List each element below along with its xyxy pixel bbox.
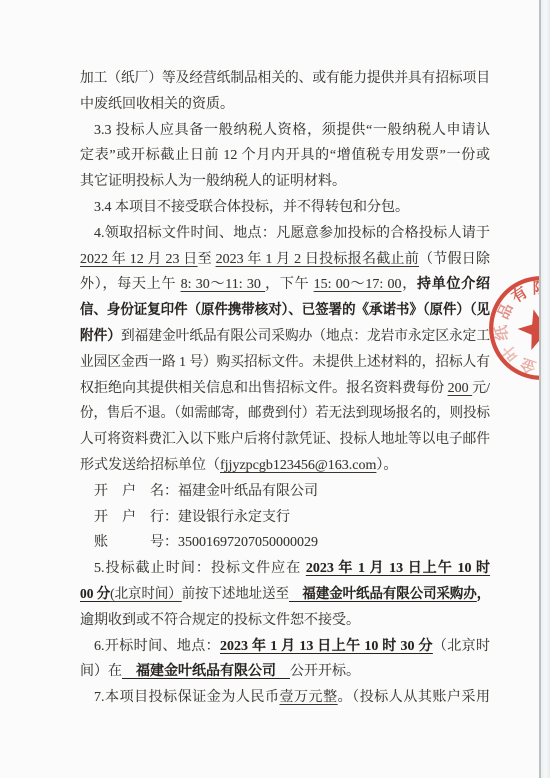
text-run: 开 户 行：建设银行永定支行 [94,510,290,525]
document-line: 3.3 投标人应具备一般纳税人资格，须提供“一般纳税人申请认 [80,118,490,144]
text-run: 账 号：35001697207050000029 [94,535,318,550]
text-run: 3.3 投标人应具备一般纳税人资格，须提供“一般纳税人申请认 [94,123,490,138]
text-run: 开 户 名：福建金叶纸品有限公司 [94,484,318,499]
text-run: 福建金叶纸品有限公司 [122,664,290,679]
text-run: 4.领取招标文件时间、地点：凡愿意参加投标的合格投标人请于 [94,226,490,241]
seal-character: 有 [508,283,531,306]
document-line: 2022 年 12 月 23 日至 2023 年 1 月 2 日投标报名截止前（… [80,247,490,273]
text-run: 人可将资料费汇入以下账户后将付款凭证、投标人地址等以电子邮件 [80,432,490,447]
text-run: 7.本项目投标保证金为人民币 [94,690,279,705]
document-line: 业园区金西一路 1 号）购买招标文件。未提供上述材料的，招标人有 [80,350,480,376]
document-line: 外），每天上午 8: 30～11: 30 ，下午 15: 00～17: 00，持… [80,272,490,298]
email-address: fjjyzpcgb123456@163.com [220,458,376,473]
text-run: 形式发送给招标单位（ [80,458,220,473]
text-run: 份，售后不退。（如需邮寄，邮费到付）若无法到现场报名的，则投标 [80,406,490,421]
account-number-line: 账 号：35001697207050000029 [80,530,490,556]
document-line: 附件）到福建金叶纸品有限公司采购办（地点：龙岩市永定区永定工 [80,324,480,350]
document-line: 逾期收到或不符合规定的投标文件恕不接受。 [80,608,490,634]
text-run: 15: 00～17: 00 [314,277,402,292]
document-line: 00 分(北京时间）前按下述地址送至 福建金叶纸品有限公司采购办， [80,582,473,608]
text-run: ， [401,277,417,292]
text-run: 元/ [472,381,490,396]
text-run: 前按下述地址送至 [182,587,289,602]
text-run: ， [477,587,490,602]
text-run: 2023 年 1 月 2 日投标报名截止前 [216,252,419,267]
text-run: ，下午 [265,277,314,292]
document-line: 3.4 本项目不接受联合体投标，并不得转包和分包。 [80,195,490,221]
bank-branch-line: 开 户 行：建设银行永定支行 [80,505,490,531]
document-line: 间）在 福建金叶纸品有限公司 公开开标。 [80,659,490,685]
text-run: 公开开标。 [290,664,360,679]
document-line: 信、身份证复印件（原件携带核对）、已签署的《承诺书》（原件）（见 [80,298,474,324]
seal-ring-icon [491,278,539,378]
seal-star-icon [518,309,539,350]
document-line: 其它证明投标人为一般纳税人的证明材料。 [80,169,490,195]
text-run: 8: 30～11: 30 [181,277,266,292]
text-run: 业园区金西一路 1 号）购买招标文件。未提供上述材料的，招标人有 [80,355,490,370]
document-text-block: 加工（纸厂）等及经营纸制品相关的、或有能力提供并具有招标项目中废纸回收相关的资质… [80,66,490,711]
seal-ring-text: 福建金叶纸品有限公司 [492,279,539,376]
text-run: 5.投标截止时间：投标文件应在 [94,561,306,576]
text-run: 2023 年 1 月 13 日上午 10 时 [306,561,490,576]
document-line: 5.投标截止时间：投标文件应在 2023 年 1 月 13 日上午 10 时 [80,556,490,582]
text-run: 定表”或开标截止日前 12 个月内开具的“增值税专用发票”一份或 [80,148,490,163]
document-line: 权拒绝向其提供相关信息和出售招标文件。报名资料费每份 200 元/ [80,376,490,402]
scanner-margin-strip [541,0,550,778]
document-line: 7.本项目投标保证金为人民币壹万元整。（投标人从其账户采用 [80,685,490,711]
document-line: 中废纸回收相关的资质。 [80,92,490,118]
text-run: 壹万元整 [279,690,337,705]
document-line: 加工（纸厂）等及经营纸制品相关的、或有能力提供并具有招标项目 [80,66,480,92]
text-run: 3.4 本项目不接受联合体投标，并不得转包和分包。 [94,200,409,215]
text-run: 其它证明投标人为一般纳税人的证明材料。 [80,174,346,189]
seal-character: 纸 [492,323,512,341]
text-run: （北京时 [433,639,490,654]
text-run: 2023 年 1 月 13 日上午 10 时 30 分 [220,639,433,654]
seal-character: 金 [517,354,538,376]
text-run: 。（投标人从其账户采用 [338,690,490,705]
text-run: 2022 年 12 月 23 日 [80,252,198,267]
text-run: 加工（纸厂）等及经营纸制品相关的、或有能力提供并具有招标项目 [80,71,490,86]
document-line: 人可将资料费汇入以下账户后将付款凭证、投标人地址等以电子邮件 [80,427,480,453]
text-run: 信、身份证复印件（原件携带核对）、已签署的《承诺书》（原件）（见 [80,303,490,318]
document-line: 4.领取招标文件时间、地点：凡愿意参加投标的合格投标人请于 [80,221,490,247]
text-run: 持单位介绍 [417,277,490,292]
text-run: 逾期收到或不符合规定的投标文件恕不接受。 [80,613,360,628]
text-run: 权拒绝向其提供相关信息和出售招标文件。报名资料费每份 [80,381,448,396]
seal-character: 品 [495,301,517,322]
text-run: (北京时间） [110,587,182,602]
seal-character: 叶 [499,341,522,364]
text-run: 福建金叶纸品有限公司采购办 [289,587,477,602]
scanned-paper-sheet: 加工（纸厂）等及经营纸制品相关的、或有能力提供并具有招标项目中废纸回收相关的资质… [0,0,539,778]
document-line: 份，售后不退。（如需邮寄，邮费到付）若无法到现场报名的，则投标 [80,401,474,427]
text-run: 00 分 [80,587,110,602]
text-run: ）。 [376,458,397,473]
text-run: 间）在 [80,664,122,679]
text-run: 中废纸回收相关的资质。 [80,97,234,112]
document-line: 形式发送给招标单位（fjjyzpcgb123456@163.com）。 [80,453,490,479]
text-run: 到福建金叶纸品有限公司采购办（地点：龙岩市永定区永定工 [121,329,490,344]
text-run: 至 [198,252,216,267]
text-run: 6.开标时间、地点： [94,639,220,654]
text-run: （节假日除 [419,252,490,267]
text-run: 200 [448,381,473,396]
document-line: 定表”或开标截止日前 12 个月内开具的“增值税专用发票”一份或 [80,143,490,169]
text-run: 附件） [80,329,121,344]
account-holder-line: 开 户 名：福建金叶纸品有限公司 [80,479,490,505]
text-run: 外），每天上午 [80,277,181,292]
document-line: 6.开标时间、地点：2023 年 1 月 13 日上午 10 时 30 分（北京… [80,634,490,660]
